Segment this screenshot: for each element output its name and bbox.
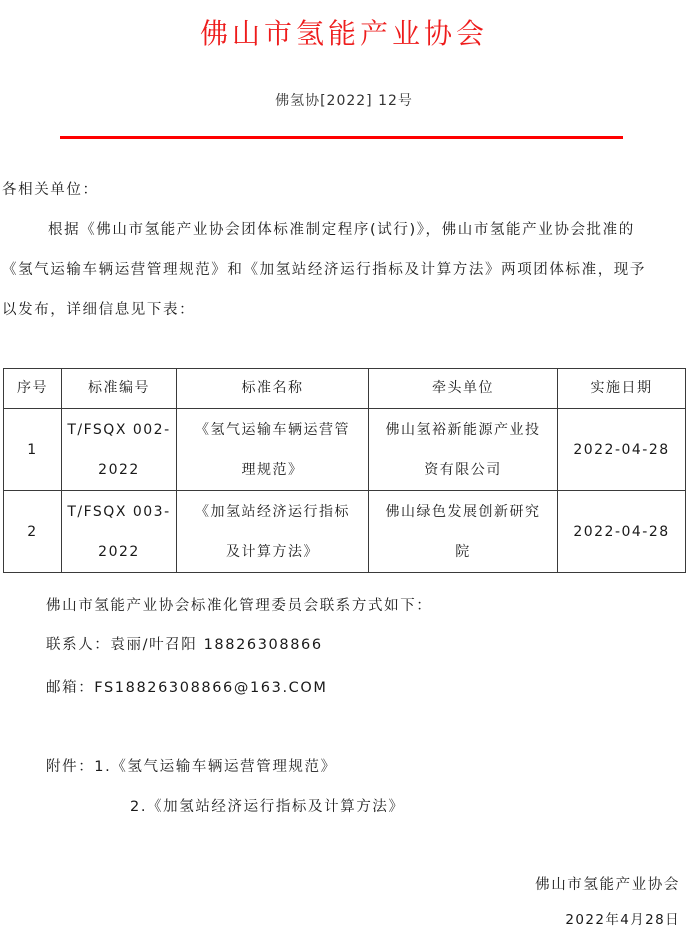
row-index: 1	[4, 409, 62, 491]
row-name: 《氢气运输车辆运营管 理规范》	[177, 409, 369, 491]
header-code: 标准编号	[62, 369, 177, 409]
row-code-line: 2022	[66, 532, 172, 572]
row-name-line: 理规范》	[181, 450, 364, 490]
attachment-item-2: 2.《加氢站经济运行指标及计算方法》	[130, 795, 405, 816]
document-number: 佛氢协[2022] 12号	[0, 90, 688, 110]
header-lead-unit: 牵头单位	[369, 369, 558, 409]
row-lead-line: 院	[373, 532, 553, 572]
signature-date: 2022年4月28日	[565, 908, 680, 928]
standards-table: 序号 标准编号 标准名称 牵头单位 实施日期 1 T/FSQX 002- 202…	[3, 368, 686, 573]
table-header-row: 序号 标准编号 标准名称 牵头单位 实施日期	[4, 369, 686, 409]
header-name: 标准名称	[177, 369, 369, 409]
red-header-rule	[60, 136, 623, 139]
row-name-line: 《氢气运输车辆运营管	[181, 410, 364, 450]
contact-email: 邮箱：FS18826308866@163.COM	[46, 676, 328, 697]
row-code-line: 2022	[66, 450, 172, 490]
attachment-item-1: 附件：1.《氢气运输车辆运营管理规范》	[46, 755, 337, 776]
paragraph-line-3: 以发布，详细信息见下表：	[2, 298, 195, 319]
row-lead-unit: 佛山绿色发展创新研究 院	[369, 491, 558, 573]
row-lead-line: 佛山氢裕新能源产业投	[373, 410, 553, 450]
row-index: 2	[4, 491, 62, 573]
salutation: 各相关单位：	[2, 178, 99, 199]
paragraph-line-2: 《氢气运输车辆运营管理规范》和《加氢站经济运行指标及计算方法》两项团体标准，现予	[2, 258, 646, 279]
row-code-line: T/FSQX 003-	[66, 492, 172, 532]
row-code-line: T/FSQX 002-	[66, 410, 172, 450]
row-code: T/FSQX 002- 2022	[62, 409, 177, 491]
row-lead-line: 佛山绿色发展创新研究	[373, 492, 553, 532]
row-name-line: 《加氢站经济运行指标	[181, 492, 364, 532]
organization-title: 佛山市氢能产业协会	[0, 12, 688, 52]
row-date: 2022-04-28	[558, 491, 686, 573]
table-row: 1 T/FSQX 002- 2022 《氢气运输车辆运营管 理规范》 佛山氢裕新…	[4, 409, 686, 491]
paragraph-line-1: 根据《佛山市氢能产业协会团体标准制定程序(试行)》，佛山市氢能产业协会批准的	[48, 218, 635, 239]
row-code: T/FSQX 003- 2022	[62, 491, 177, 573]
signature-organization: 佛山市氢能产业协会	[535, 873, 680, 894]
row-date: 2022-04-28	[558, 409, 686, 491]
table-row: 2 T/FSQX 003- 2022 《加氢站经济运行指标 及计算方法》 佛山绿…	[4, 491, 686, 573]
row-name-line: 及计算方法》	[181, 532, 364, 572]
row-lead-unit: 佛山氢裕新能源产业投 资有限公司	[369, 409, 558, 491]
row-lead-line: 资有限公司	[373, 450, 553, 490]
contact-intro: 佛山市氢能产业协会标准化管理委员会联系方式如下：	[46, 594, 432, 615]
header-index: 序号	[4, 369, 62, 409]
row-name: 《加氢站经济运行指标 及计算方法》	[177, 491, 369, 573]
header-date: 实施日期	[558, 369, 686, 409]
contact-person: 联系人：袁丽/叶召阳 18826308866	[46, 633, 323, 654]
